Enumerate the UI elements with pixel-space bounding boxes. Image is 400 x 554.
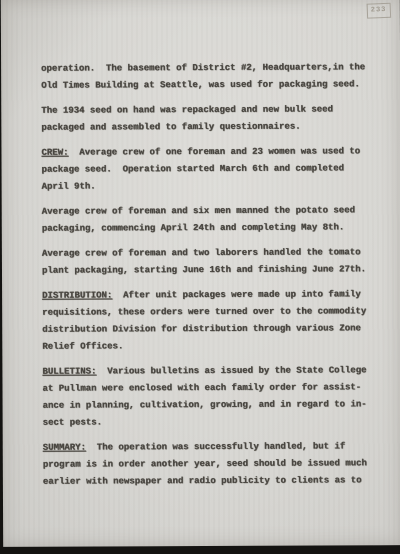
paragraph: Average crew of foreman and two laborers… [42,244,377,279]
text-line: Old Times Building at Seattle, was used … [41,76,376,94]
document-text: operation. The basement of District #2, … [41,59,378,498]
text-line: packaging, commencing April 24th and com… [42,219,377,237]
text-line: package seed. Operation started March 6t… [42,160,377,178]
text-line: ance in planning, cultivation, growing, … [43,396,378,414]
text-line: April 9th. [42,177,377,195]
text-line: operation. The basement of District #2, … [41,62,365,73]
paragraph: The 1934 seed on hand was repackaged and… [41,101,376,136]
paragraph-crew: CREW: Average crew of one foreman and 23… [41,143,376,195]
section-heading: CREW: [41,148,68,158]
text-line: sect pests. [43,413,378,431]
page-number-stamp: 233 [367,3,391,19]
section-heading: BULLETINS: [42,366,96,376]
text-line: The operation was successfully handled, … [86,441,345,452]
paragraph-summary: SUMMARY: The operation was successfully … [43,438,378,490]
text-line: After unit packages were made up into fa… [112,289,360,300]
paper-sheet: 233 operation. The basement of District … [1,0,400,547]
text-line: requisitions, these orders were turned o… [42,303,377,321]
paragraph-bulletins: BULLETINS: Various bulletins as issued b… [42,362,377,431]
section-heading: DISTRIBUTION: [42,290,112,300]
text-line: at Pullman were enclosed with each famil… [42,379,377,397]
text-line: program is in order another year, seed s… [43,455,378,473]
text-line: The 1934 seed on hand was repackaged and… [41,104,333,115]
section-heading: SUMMARY: [43,443,86,453]
text-line: Average crew of foreman and two laborers… [42,247,361,258]
text-line: Average crew of foreman and six men mann… [42,205,355,216]
paragraph: Average crew of foreman and six men mann… [42,202,377,237]
scanned-document-page: 233 operation. The basement of District … [0,0,400,554]
paragraph-distribution: DISTRIBUTION: After unit packages were m… [42,286,377,355]
text-line: distribution Division for distribution t… [42,320,377,338]
text-line: Various bulletins as issued by the State… [96,365,366,376]
text-line: Relief Offices. [42,337,377,355]
text-line: earlier with newspaper and radio publici… [43,472,378,490]
text-line: plant packaging, starting June 16th and … [42,261,377,279]
paragraph: operation. The basement of District #2, … [41,59,376,94]
text-line: packaged and assembled to family questio… [41,118,376,136]
text-line: Average crew of one foreman and 23 women… [68,146,360,157]
